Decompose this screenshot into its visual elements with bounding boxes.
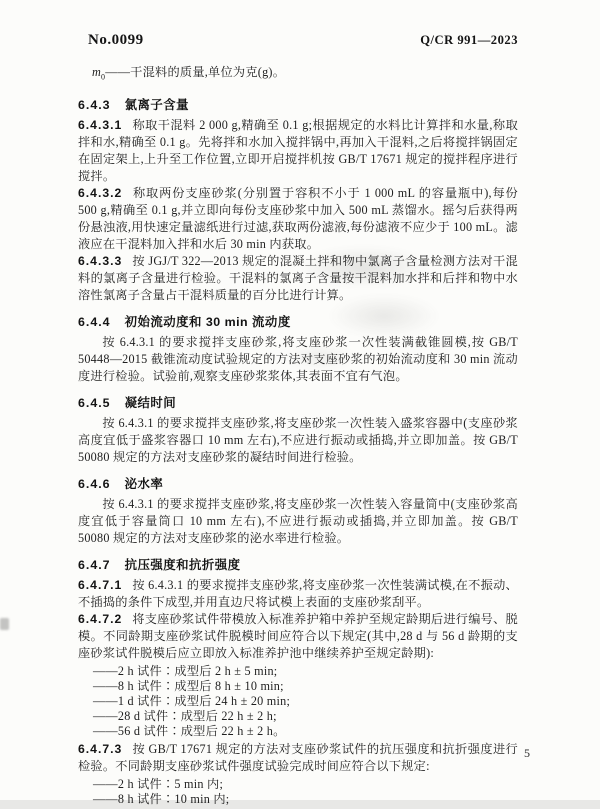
paragraph-6-4-3-2: 6.4.3.2称取两份支座砂浆(分别置于容积不小于 1 000 mL 的容量瓶中… xyxy=(78,185,518,253)
paragraph-text: 按 6.4.3.1 的要求搅拌支座砂浆,将支座砂浆一次性装入容量筒中(支座砂浆高… xyxy=(78,497,518,545)
demold-time-list: ——2 h 试件∶成型后 2 h ± 5 min; ——8 h 试件∶成型后 8… xyxy=(93,664,518,739)
section-title: 泌水率 xyxy=(125,477,164,491)
document-serial-number: No.0099 xyxy=(88,30,144,50)
list-item: ——1 d 试件∶成型后 24 h ± 20 min; xyxy=(93,694,518,709)
paragraph-6-4-7-3: 6.4.7.3按 GB/T 17671 规定的方法对支座砂浆试件的抗压强度和抗折… xyxy=(78,741,518,775)
section-heading-6-4-6: 6.4.6泌水率 xyxy=(78,475,518,493)
paragraph-6-4-4-body: 按 6.4.3.1 的要求搅拌支座砂浆,将支座砂浆一次性装满截锥圆模,按 GB/… xyxy=(78,334,518,385)
page-content: No.0099 Q/CR 991—2023 m0——干混料的质量,单位为克(g)… xyxy=(78,30,518,800)
paragraph-text: 按 JGJ/T 322—2013 规定的混凝土拌和物中氯离子含量检测方法对干混料… xyxy=(78,254,518,302)
paragraph-text: 称取干混料 2 000 g,精确至 0.1 g;根据规定的水料比计算拌和水量,称… xyxy=(78,118,518,183)
list-item: ——2 h 试件∶5 min 内; xyxy=(93,777,518,792)
paragraph-number: 6.4.7.2 xyxy=(78,612,122,626)
section-title: 抗压强度和抗折强度 xyxy=(125,558,241,572)
paragraph-number: 6.4.7.1 xyxy=(78,578,122,592)
paragraph-text: 按 6.4.3.1 的要求搅拌支座砂浆,将支座砂浆一次性装入盛浆容器中(支座砂浆… xyxy=(78,416,518,464)
paragraph-text: 按 6.4.3.1 的要求搅拌支座砂浆,将支座砂浆一次性装满试模,在不振动、不插… xyxy=(78,578,518,609)
paragraph-6-4-3-1: 6.4.3.1称取干混料 2 000 g,精确至 0.1 g;根据规定的水料比计… xyxy=(78,117,518,185)
section-heading-6-4-4: 6.4.4初始流动度和 30 min 流动度 xyxy=(78,313,518,331)
strength-test-time-list: ——2 h 试件∶5 min 内; ——8 h 试件∶10 min 内; xyxy=(93,777,518,800)
section-title: 初始流动度和 30 min 流动度 xyxy=(125,315,291,329)
paragraph-number: 6.4.7.3 xyxy=(78,742,122,756)
list-item: ——2 h 试件∶成型后 2 h ± 5 min; xyxy=(93,664,518,679)
document-page: No.0099 Q/CR 991—2023 m0——干混料的质量,单位为克(g)… xyxy=(0,0,600,800)
paragraph-6-4-7-2: 6.4.7.2将支座砂浆试件带模放入标准养护箱中养护至规定龄期后进行编号、脱模。… xyxy=(78,611,518,662)
paragraph-number: 6.4.3.1 xyxy=(78,118,122,132)
section-number: 6.4.4 xyxy=(78,315,111,329)
section-title: 氯离子含量 xyxy=(125,98,189,112)
section-number: 6.4.6 xyxy=(78,477,111,491)
paragraph-text: 将支座砂浆试件带模放入标准养护箱中养护至规定龄期后进行编号、脱模。不同龄期支座砂… xyxy=(78,612,518,660)
list-item: ——56 d 试件∶成型后 22 h ± 2 h。 xyxy=(93,724,518,739)
list-item: ——8 h 试件∶成型后 8 h ± 10 min; xyxy=(93,679,518,694)
paragraph-text: 按 GB/T 17671 规定的方法对支座砂浆试件的抗压强度和抗折强度进行检验。… xyxy=(78,742,518,773)
section-heading-6-4-5: 6.4.5凝结时间 xyxy=(78,394,518,412)
list-item: ——28 d 试件∶成型后 22 h ± 2 h; xyxy=(93,709,518,724)
paragraph-text: 按 6.4.3.1 的要求搅拌支座砂浆,将支座砂浆一次性装满截锥圆模,按 GB/… xyxy=(78,335,518,383)
list-item: ——8 h 试件∶10 min 内; xyxy=(93,792,518,800)
paragraph-6-4-5-body: 按 6.4.3.1 的要求搅拌支座砂浆,将支座砂浆一次性装入盛浆容器中(支座砂浆… xyxy=(78,415,518,466)
paragraph-number: 6.4.3.2 xyxy=(78,186,122,200)
section-number: 6.4.7 xyxy=(78,558,111,572)
symbol-definition-line: m0——干混料的质量,单位为克(g)。 xyxy=(92,62,518,87)
scan-edge-mark xyxy=(0,618,9,630)
section-number: 6.4.3 xyxy=(78,98,111,112)
paragraph-6-4-3-3: 6.4.3.3按 JGJ/T 322—2013 规定的混凝土拌和物中氯离子含量检… xyxy=(78,253,518,304)
symbol-description: ——干混料的质量,单位为克(g)。 xyxy=(105,65,285,79)
page-header: No.0099 Q/CR 991—2023 xyxy=(78,30,518,50)
symbol-m: m xyxy=(92,65,101,79)
paragraph-6-4-6-body: 按 6.4.3.1 的要求搅拌支座砂浆,将支座砂浆一次性装入容量筒中(支座砂浆高… xyxy=(78,496,518,547)
section-title: 凝结时间 xyxy=(125,396,177,410)
section-number: 6.4.5 xyxy=(78,396,111,410)
page-number: 5 xyxy=(524,746,530,761)
paragraph-6-4-7-1: 6.4.7.1按 6.4.3.1 的要求搅拌支座砂浆,将支座砂浆一次性装满试模,… xyxy=(78,577,518,611)
section-heading-6-4-3: 6.4.3氯离子含量 xyxy=(78,96,518,114)
paragraph-number: 6.4.3.3 xyxy=(78,254,122,268)
paragraph-text: 称取两份支座砂浆(分别置于容积不小于 1 000 mL 的容量瓶中),每份 50… xyxy=(78,186,518,251)
standard-number: Q/CR 991—2023 xyxy=(420,30,518,50)
section-heading-6-4-7: 6.4.7抗压强度和抗折强度 xyxy=(78,556,518,574)
